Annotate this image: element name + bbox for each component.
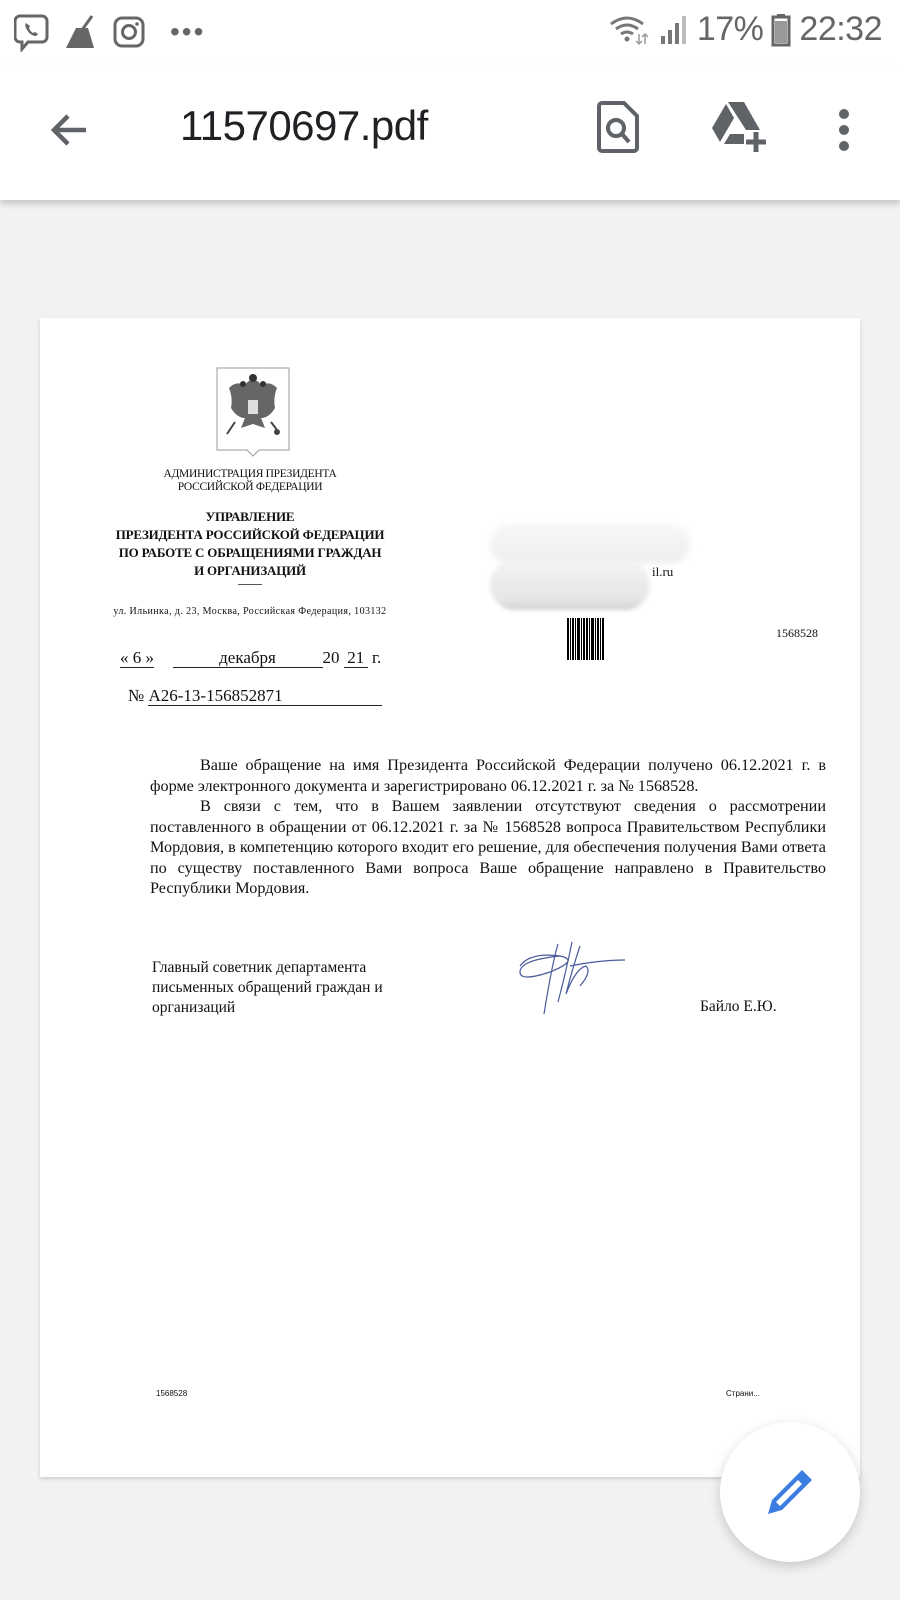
- viber-icon: [14, 12, 50, 52]
- find-in-document-icon[interactable]: [596, 100, 640, 154]
- barcode: [567, 618, 763, 660]
- add-to-drive-icon[interactable]: [710, 100, 768, 154]
- date-month: декабря: [173, 649, 323, 668]
- instagram-icon: [112, 15, 146, 49]
- department-header: УПРАВЛЕНИЕ ПРЕЗИДЕНТА РОССИЙСКОЙ ФЕДЕРАЦ…: [80, 508, 420, 580]
- footer-page-label: Страни...: [726, 1389, 760, 1398]
- notification-icons: •••: [14, 12, 205, 52]
- paragraph: Ваше обращение на имя Президента Российс…: [150, 755, 826, 796]
- date-day: « 6 »: [120, 649, 154, 668]
- russian-coat-of-arms-icon: [215, 366, 291, 458]
- recipient-email-fragment: il.ru: [652, 564, 673, 580]
- redacted-recipient: [480, 514, 720, 614]
- pdf-page: АДМИНИСТРАЦИЯ ПРЕЗИДЕНТА РОССИЙСКОЙ ФЕДЕ…: [40, 318, 860, 1477]
- signatory-position: Главный советник департамента письменных…: [152, 958, 383, 1018]
- barcode-number: 1568528: [776, 626, 818, 641]
- more-notifications-icon: •••: [170, 16, 205, 48]
- more-options-icon[interactable]: [830, 106, 858, 154]
- document-title: 11570697.pdf: [180, 102, 428, 150]
- back-arrow-icon[interactable]: [46, 106, 94, 154]
- date-year: 21: [344, 649, 368, 668]
- header-divider: [238, 584, 262, 585]
- signal-icon: [659, 14, 689, 46]
- administration-header: АДМИНИСТРАЦИЯ ПРЕЗИДЕНТА РОССИЙСКОЙ ФЕДЕ…: [100, 468, 400, 494]
- handwritten-signature: [510, 936, 630, 1021]
- sender-address: ул. Ильинка, д. 23, Москва, Российская Ф…: [70, 606, 430, 617]
- battery-icon: [771, 13, 791, 47]
- edit-fab-button[interactable]: [720, 1422, 860, 1562]
- paragraph: В связи с тем, что в Вашем заявлении отс…: [150, 796, 826, 899]
- system-status: 17% 22:32: [609, 10, 882, 49]
- clock: 22:32: [799, 10, 882, 49]
- signatory-name: Байло Е.Ю.: [700, 998, 777, 1016]
- wifi-icon: [609, 14, 651, 46]
- letter-number: № А26-13-156852871: [128, 686, 382, 706]
- battery-percent: 17%: [697, 10, 764, 49]
- date-suffix: г.: [372, 648, 381, 667]
- date-century: 20: [323, 648, 340, 667]
- cleaner-broom-icon: [64, 14, 98, 50]
- letter-body: Ваше обращение на имя Президента Российс…: [150, 755, 826, 899]
- app-toolbar: 11570697.pdf: [0, 66, 900, 200]
- letter-date: « 6 » декабря20 21 г.: [120, 648, 381, 668]
- pencil-icon: [764, 1466, 816, 1518]
- status-bar: ••• 17% 22:32: [0, 0, 900, 66]
- footer-doc-id: 1568528: [156, 1389, 187, 1398]
